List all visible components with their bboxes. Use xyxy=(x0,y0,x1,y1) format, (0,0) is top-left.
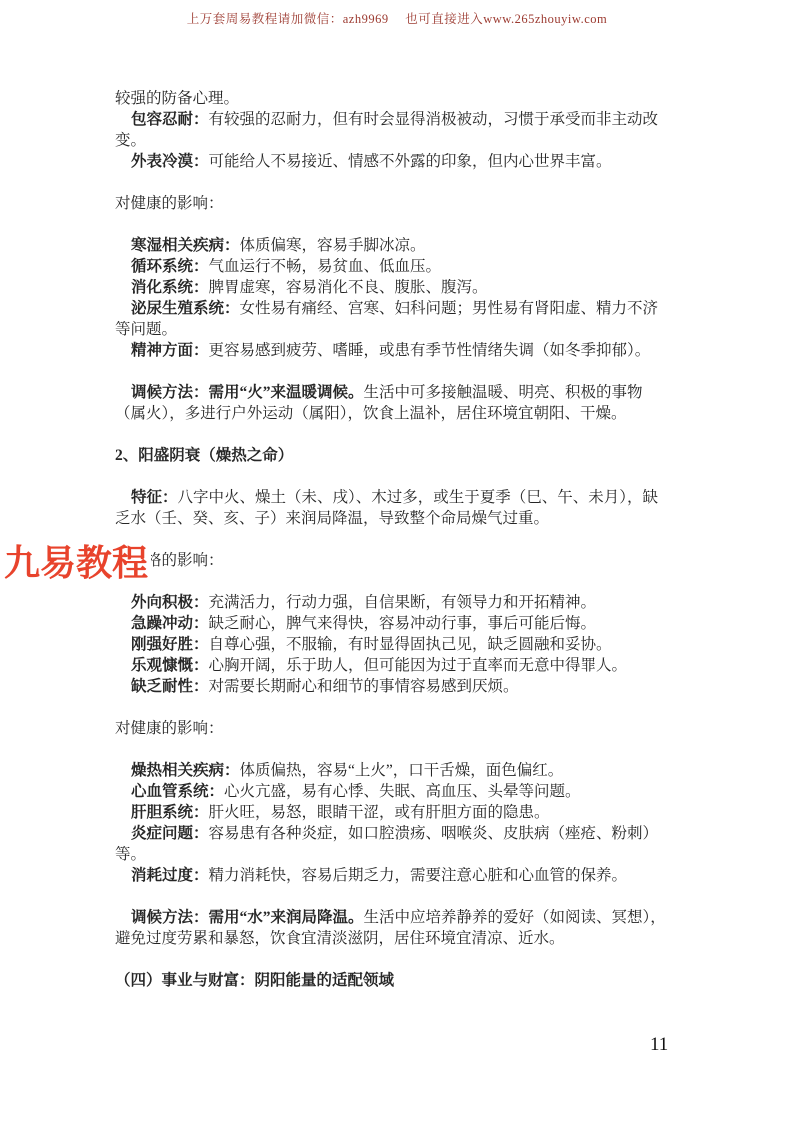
text-segment: 心火亢盛，易有心悸、失眠、高血压、头晕等问题。 xyxy=(224,783,581,800)
text-segment: 对需要长期耐心和细节的事情容易感到厌烦。 xyxy=(209,678,519,695)
watermark: 九易教程 xyxy=(0,544,151,584)
bold-text-segment: 2、阳盛阴衰（燥热之命） xyxy=(115,447,293,464)
blank-line xyxy=(115,214,690,235)
text-line: 对性格的影响： xyxy=(115,550,690,571)
text-line: 急躁冲动：缺乏耐心，脾气来得快，容易冲动行事，事后可能后悔。 xyxy=(115,613,690,634)
text-line: （属火），多进行户外运动（属阳），饮食上温补，居住环境宜朝阳、干燥。 xyxy=(115,403,690,424)
text-line: 外向积极：充满活力，行动力强，自信果断，有领导力和开拓精神。 xyxy=(115,592,690,613)
bold-text-segment: （四）事业与财富：阴阳能量的适配领域 xyxy=(115,972,394,989)
bold-text-segment: 外表冷漠： xyxy=(131,153,209,170)
bold-text-segment: 精神方面： xyxy=(131,342,209,359)
text-line: 燥热相关疾病：体质偏热，容易“上火”，口干舌燥，面色偏红。 xyxy=(115,760,690,781)
text-segment: 充满活力，行动力强，自信果断，有领导力和开拓精神。 xyxy=(209,594,597,611)
text-line: 寒湿相关疾病：体质偏寒，容易手脚冰凉。 xyxy=(115,235,690,256)
bold-text-segment: 急躁冲动： xyxy=(131,615,209,632)
document-body: 较强的防备心理。包容忍耐：有较强的忍耐力，但有时会显得消极被动，习惯于承受而非主… xyxy=(115,88,690,991)
text-line: 等。 xyxy=(115,844,690,865)
text-line: 2、阳盛阴衰（燥热之命） xyxy=(115,445,690,466)
text-line: 消耗过度：精力消耗快，容易后期乏力，需要注意心脏和心血管的保养。 xyxy=(115,865,690,886)
blank-line xyxy=(115,361,690,382)
text-line: 对健康的影响： xyxy=(115,193,690,214)
text-line: 较强的防备心理。 xyxy=(115,88,690,109)
blank-line xyxy=(115,949,690,970)
bold-text-segment: 炎症问题： xyxy=(131,825,209,842)
bold-text-segment: 心血管系统： xyxy=(131,783,224,800)
blank-line xyxy=(115,739,690,760)
text-line: 等问题。 xyxy=(115,319,690,340)
text-line: 缺乏耐性：对需要长期耐心和细节的事情容易感到厌烦。 xyxy=(115,676,690,697)
text-line: 消化系统：脾胃虚寒，容易消化不良、腹胀、腹泻。 xyxy=(115,277,690,298)
text-segment: 体质偏热，容易“上火”，口干舌燥，面色偏红。 xyxy=(240,762,564,779)
bold-text-segment: 消化系统： xyxy=(131,279,209,296)
text-segment: 气血运行不畅，易贫血、低血压。 xyxy=(209,258,442,275)
text-line: 心血管系统：心火亢盛，易有心悸、失眠、高血压、头晕等问题。 xyxy=(115,781,690,802)
bold-text-segment: 泌尿生殖系统： xyxy=(131,300,240,317)
text-segment: 生活中可多接触温暖、明亮、积极的事物 xyxy=(364,384,643,401)
text-segment: 生活中应培养静养的爱好（如阅读、冥想）， xyxy=(364,909,666,926)
document-page: 上万套周易教程请加微信：azh9969 也可直接进入www.265zhouyiw… xyxy=(0,0,794,1123)
bold-text-segment: 乐观慷慨： xyxy=(131,657,209,674)
text-segment: 更容易感到疲劳、嗜睡，或患有季节性情绪失调（如冬季抑郁）。 xyxy=(209,342,651,359)
text-segment: 体质偏寒，容易手脚冰凉。 xyxy=(240,237,426,254)
text-segment: 对健康的影响： xyxy=(115,195,224,212)
bold-text-segment: 循环系统： xyxy=(131,258,209,275)
text-segment: 容易患有各种炎症，如口腔溃疡、咽喉炎、皮肤病（痤疮、粉刺） xyxy=(209,825,659,842)
bold-text-segment: 外向积极： xyxy=(131,594,209,611)
text-line: 对健康的影响： xyxy=(115,718,690,739)
text-segment: 有较强的忍耐力，但有时会显得消极被动，习惯于承受而非主动改 xyxy=(209,111,659,128)
bold-text-segment: 缺乏耐性： xyxy=(131,678,209,695)
bold-text-segment: 肝胆系统： xyxy=(131,804,209,821)
text-segment: 女性易有痛经、宫寒、妇科问题；男性易有肾阳虚、精力不济 xyxy=(240,300,659,317)
bold-text-segment: 特征： xyxy=(131,489,178,506)
text-segment: 缺乏耐心，脾气来得快，容易冲动行事，事后可能后悔。 xyxy=(209,615,597,632)
text-segment: 可能给人不易接近、情感不外露的印象，但内心世界丰富。 xyxy=(209,153,612,170)
bold-text-segment: 调候方法：需用“水”来润局降温。 xyxy=(131,909,364,926)
text-line: 调候方法：需用“火”来温暖调候。生活中可多接触温暖、明亮、积极的事物 xyxy=(115,382,690,403)
text-line: 刚强好胜：自尊心强，不服输，有时显得固执己见，缺乏圆融和妥协。 xyxy=(115,634,690,655)
text-line: 外表冷漠：可能给人不易接近、情感不外露的印象，但内心世界丰富。 xyxy=(115,151,690,172)
text-line: （四）事业与财富：阴阳能量的适配领域 xyxy=(115,970,690,991)
blank-line xyxy=(115,697,690,718)
bold-text-segment: 调候方法：需用“火”来温暖调候。 xyxy=(131,384,364,401)
bold-text-segment: 寒湿相关疾病： xyxy=(131,237,240,254)
text-segment: 变。 xyxy=(115,132,146,149)
bold-text-segment: 刚强好胜： xyxy=(131,636,209,653)
text-line: 调候方法：需用“水”来润局降温。生活中应培养静养的爱好（如阅读、冥想）， xyxy=(115,907,690,928)
text-segment: 精力消耗快，容易后期乏力，需要注意心脏和心血管的保养。 xyxy=(209,867,628,884)
blank-line xyxy=(115,571,690,592)
text-segment: 较强的防备心理。 xyxy=(115,90,239,107)
text-segment: 自尊心强，不服输，有时显得固执己见，缺乏圆融和妥协。 xyxy=(209,636,612,653)
blank-line xyxy=(115,886,690,907)
text-line: 乐观慷慨：心胸开阔，乐于助人，但可能因为过于直率而无意中得罪人。 xyxy=(115,655,690,676)
text-segment: 肝火旺，易怒，眼睛干涩，或有肝胆方面的隐患。 xyxy=(209,804,550,821)
text-line: 精神方面：更容易感到疲劳、嗜睡，或患有季节性情绪失调（如冬季抑郁）。 xyxy=(115,340,690,361)
bold-text-segment: 燥热相关疾病： xyxy=(131,762,240,779)
text-line: 包容忍耐：有较强的忍耐力，但有时会显得消极被动，习惯于承受而非主动改 xyxy=(115,109,690,130)
text-segment: 心胸开阔，乐于助人，但可能因为过于直率而无意中得罪人。 xyxy=(209,657,628,674)
bold-text-segment: 消耗过度： xyxy=(131,867,209,884)
page-number: 11 xyxy=(650,1034,668,1056)
text-segment: （属火），多进行户外运动（属阳），饮食上温补，居住环境宜朝阳、干燥。 xyxy=(115,405,627,422)
text-line: 炎症问题：容易患有各种炎症，如口腔溃疡、咽喉炎、皮肤病（痤疮、粉刺） xyxy=(115,823,690,844)
text-segment: 对健康的影响： xyxy=(115,720,224,737)
promo-header-text: 上万套周易教程请加微信：azh9969 也可直接进入www.265zhouyiw… xyxy=(0,9,794,27)
text-segment: 等。 xyxy=(115,846,146,863)
blank-line xyxy=(115,424,690,445)
text-line: 乏水（壬、癸、亥、子）来润局降温，导致整个命局燥气过重。 xyxy=(115,508,690,529)
text-segment: 乏水（壬、癸、亥、子）来润局降温，导致整个命局燥气过重。 xyxy=(115,510,549,527)
text-segment: 八字中火、燥土（未、戌）、木过多，或生于夏季（巳、午、未月），缺 xyxy=(178,489,659,506)
text-line: 肝胆系统：肝火旺，易怒，眼睛干涩，或有肝胆方面的隐患。 xyxy=(115,802,690,823)
blank-line xyxy=(115,529,690,550)
text-line: 循环系统：气血运行不畅，易贫血、低血压。 xyxy=(115,256,690,277)
bold-text-segment: 包容忍耐： xyxy=(131,111,209,128)
text-segment: 脾胃虚寒，容易消化不良、腹胀、腹泻。 xyxy=(209,279,488,296)
text-segment: 等问题。 xyxy=(115,321,177,338)
text-line: 特征：八字中火、燥土（未、戌）、木过多，或生于夏季（巳、午、未月），缺 xyxy=(115,487,690,508)
blank-line xyxy=(115,172,690,193)
blank-line xyxy=(115,466,690,487)
text-line: 泌尿生殖系统：女性易有痛经、宫寒、妇科问题；男性易有肾阳虚、精力不济 xyxy=(115,298,690,319)
text-line: 避免过度劳累和暴怒，饮食宜清淡滋阴，居住环境宜清凉、近水。 xyxy=(115,928,690,949)
text-segment: 避免过度劳累和暴怒，饮食宜清淡滋阴，居住环境宜清凉、近水。 xyxy=(115,930,565,947)
text-line: 变。 xyxy=(115,130,690,151)
